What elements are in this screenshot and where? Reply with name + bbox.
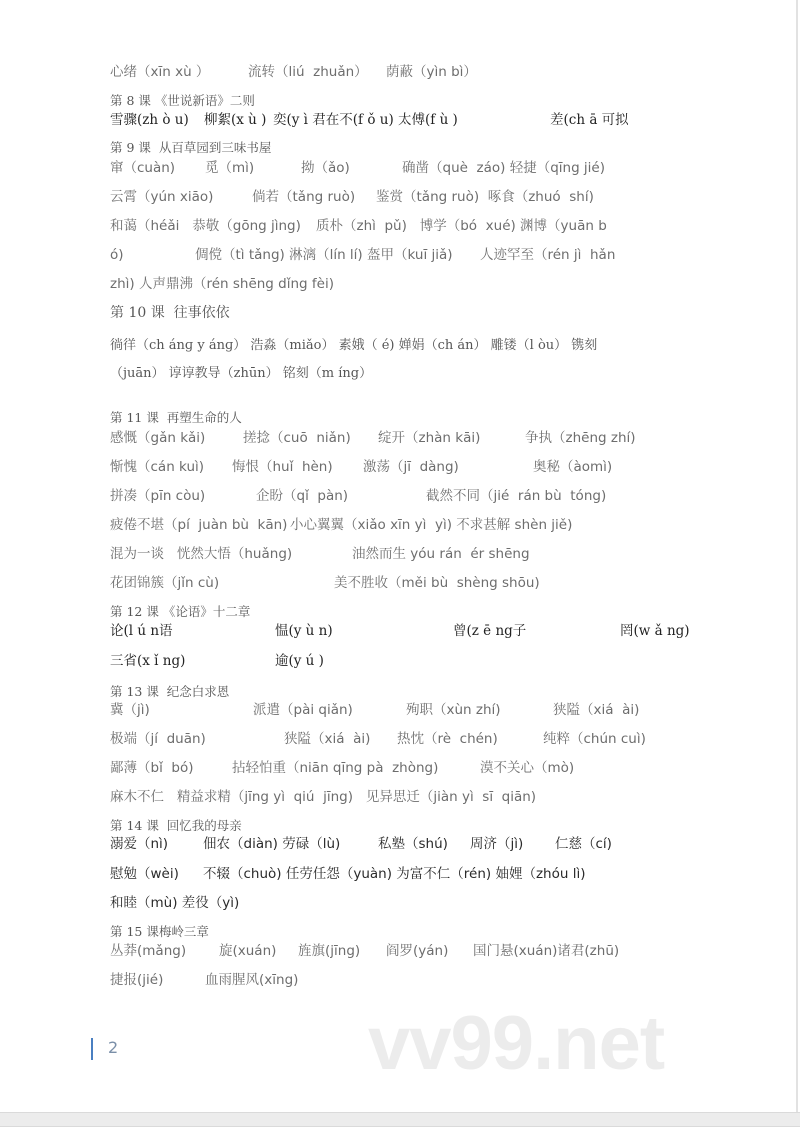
vocab-entry: 感慨（gǎn kǎi) (110, 428, 205, 448)
vocab-entry: 热忱（rè chén) (397, 729, 498, 749)
vocab-entry: 奕(y ì 君在不(f ǒ u) 太傅(f ù ) (273, 110, 458, 130)
vocab-entry: 私塾（shú) (378, 834, 448, 854)
vocab-entry: （juān） 谆谆教导（zhūn） 铭刻（m íng） (110, 364, 372, 384)
vocab-entry: 和蔼（héǎi 恭敬（gōng jìng) (110, 216, 301, 236)
vocab-entry: 仁慈（cí) (555, 834, 612, 854)
vocab-entry: 确凿（què záo) 轻捷（qīng jié) (402, 158, 605, 178)
vocab-entry: 拼凑（pīn còu) (110, 486, 205, 506)
vocab-entry: 殉职（xùn zhí) (406, 700, 501, 720)
vocab-entry: 溺爱（nì) (110, 834, 168, 854)
vocab-entry: ó) (110, 245, 124, 265)
vocab-entry: 周济（jì) (470, 834, 523, 854)
vocab-entry: 企盼（qǐ pàn) (256, 486, 348, 506)
vocab-entry: 争执（zhēng zhí) (525, 428, 636, 448)
vocab-entry: 狭隘（xiá ài) (553, 700, 639, 720)
vocab-entry: 差(ch ā 可拟 (550, 110, 629, 130)
vocab-entry: 花团锦簇（jǐn cù) (110, 573, 219, 593)
vocab-entry: 丛莽(mǎng) (110, 941, 186, 961)
vocab-entry: 拈轻怕重（niān qīng pà zhòng) (232, 758, 438, 778)
vocab-entry: 柳絮(x ù ) (204, 110, 266, 130)
vocab-entry: 狭隘（xiá ài) (284, 729, 370, 749)
page-number: 2 (108, 1038, 118, 1057)
vocab-entry: 奥秘（àomì) (533, 457, 612, 477)
vocab-entry: 截然不同（jié rán bù tóng) (426, 486, 606, 506)
vocab-entry: 徜徉（ch ánɡ y ánɡ） 浩淼（miǎo） 素娥（ é) 婵娟（ch á… (110, 336, 597, 356)
vocab-entry: 云霄（yún xiāo) (110, 187, 213, 207)
vocab-entry: 论(l ú n语 (110, 621, 173, 641)
vocab-entry: 和睦（mù) 差役（yì) (110, 893, 239, 913)
vocab-entry: 血雨腥风(xīng) (205, 970, 298, 990)
vocab-entry: 不辍（chuò) 任劳任怨（yuàn) 为富不仁（rén) 妯娌（zhóu lì… (203, 864, 585, 884)
vocab-entry: 佃农（diàn) 劳碌（lù) (203, 834, 340, 854)
vocab-entry: 混为一谈 恍然大悟（huǎng) (110, 544, 292, 564)
vocab-entry: 拗（ǎo) (301, 158, 350, 178)
vocab-entry: 旌旗(jīng) (298, 941, 360, 961)
vocab-entry: 美不胜收（měi bù shèng shōu) (334, 573, 540, 593)
vocab-entry: 荫蔽（yìn bì） (386, 62, 477, 82)
vocab-entry: 派遣（pài qiǎn) (253, 700, 353, 720)
vocab-entry: 激荡（jī dàng) (363, 457, 459, 477)
vocab-entry: 觅（mì) (205, 158, 254, 178)
vocab-entry: 愠(y ù n) (275, 621, 333, 641)
vocab-entry: 悔恨（huǐ hèn) (232, 457, 333, 477)
lesson-heading: 第 10 课 往事依依 (110, 303, 230, 323)
watermark: vv99.net (368, 1000, 664, 1087)
lesson-heading: 第 11 课 再塑生命的人 (110, 408, 242, 428)
vocab-entry: 旋(xuán) (219, 941, 276, 961)
vocab-entry: 冀（jì) (110, 700, 150, 720)
lesson-heading: 第 12 课 《论语》十二章 (110, 602, 250, 622)
vocab-entry: 麻木不仁 精益求精（jīng yì qiú jīng) 见异思迁（jiàn yì… (110, 787, 536, 807)
vocab-entry: zhì) 人声鼎沸（rén shēng dǐng fèi) (110, 274, 334, 294)
vocab-entry: 心绪（xīn xù ） (110, 62, 209, 82)
vocab-entry: 惭愧（cán kuì) (110, 457, 204, 477)
vocab-entry: 倘若（tǎng ruò) (252, 187, 355, 207)
vocab-entry: 疲倦不堪（pí juàn bù kān) (110, 515, 287, 535)
vocab-entry: 极端（jí duān) (110, 729, 206, 749)
document-page: 心绪（xīn xù ）流转（liú zhuǎn）荫蔽（yìn bì）第 8 课 … (0, 0, 798, 1112)
page-separator (0, 1112, 800, 1127)
vocab-entry: 搓捻（cuō niǎn) (243, 428, 351, 448)
vocab-entry: 阎罗(yán) (386, 941, 448, 961)
vocab-entry: 人迹罕至（rén jì hǎn (480, 245, 615, 265)
page-number-accent-bar (91, 1038, 93, 1060)
vocab-entry: 国门悬(xuán)诸君(zhū) (473, 941, 619, 961)
vocab-entry: 三省(x ǐ ng) (110, 651, 185, 671)
vocab-entry: 小心翼翼（xiǎo xīn yì yì) 不求甚解 shèn jiě) (290, 515, 572, 535)
lesson-heading: 第 8 课 《世说新语》二则 (110, 91, 255, 111)
vocab-entry: 慰勉（wèi) (110, 864, 179, 884)
vocab-entry: 逾(y ú ) (275, 651, 324, 671)
vocab-entry: 纯粹（chún cuì) (543, 729, 646, 749)
vocab-entry: 流转（liú zhuǎn） (248, 62, 368, 82)
lesson-heading: 第 14 课 回忆我的母亲 (110, 816, 242, 836)
vocab-entry: 绽开（zhàn kāi) (378, 428, 480, 448)
vocab-entry: 鉴赏（tǎng ruò) 啄食（zhuó shí) (376, 187, 594, 207)
vocab-entry: 罔(w ǎ ng) (620, 621, 690, 641)
vocab-entry: 捷报(jié) (110, 970, 163, 990)
vocab-entry: 曾(z ē ng子 (453, 621, 526, 641)
vocab-entry: 倜傥（tì tǎng) 淋漓（lín lí) 盔甲（kuī jiǎ) (195, 245, 453, 265)
vocab-entry: 窜（cuàn) (110, 158, 175, 178)
lesson-heading: 第 15 课梅岭三章 (110, 922, 209, 942)
lesson-heading: 第 9 课 从百草园到三味书屋 (110, 138, 271, 158)
vocab-entry: 鄙薄（bǐ bó) (110, 758, 194, 778)
vocab-entry: 雪骤(zh ò u) (110, 110, 189, 130)
vocab-entry: 漠不关心（mò) (480, 758, 574, 778)
lesson-heading: 第 13 课 纪念白求恩 (110, 682, 229, 702)
vocab-entry: 油然而生 yóu rán ér shēng (352, 544, 530, 564)
vocab-entry: 质朴（zhì pǔ) 博学（bó xué) 渊博（yuān b (316, 216, 607, 236)
